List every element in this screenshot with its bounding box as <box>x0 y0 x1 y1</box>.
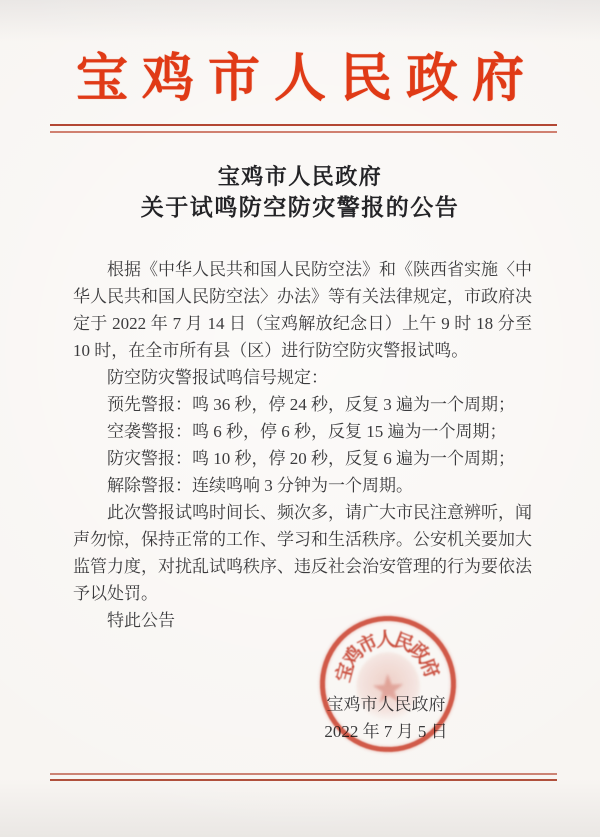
official-seal: 宝鸡市人民政府 ★ <box>317 613 460 756</box>
paragraph-legal-basis: 根据《中华人民共和国人民防空法》和《陕西省实施〈中华人民共和国人民防空法〉办法》… <box>73 256 532 364</box>
signal-line-disaster-alert: 防灾警报：鸣 10 秒，停 20 秒，反复 6 遍为一个周期； <box>73 445 532 472</box>
document-title: 宝鸡市人民政府 关于试鸣防空防灾警报的公告 <box>0 162 600 224</box>
footer-divider-line-upper <box>50 773 557 775</box>
seal-emblem-icon: ★ <box>369 665 407 714</box>
header-divider-line-upper <box>50 124 557 126</box>
paragraph-public-advisory: 此次警报试鸣时间长、频次多，请广大市民注意辨听，闻声勿惊，保持正常的工作、学习和… <box>73 499 532 607</box>
footer-divider <box>50 773 557 781</box>
header-divider-line-lower <box>50 131 557 133</box>
signal-line-preliminary-alert: 预先警报：鸣 36 秒，停 24 秒，反复 3 遍为一个周期； <box>73 391 532 418</box>
document-page: 宝鸡市人民政府 宝鸡市人民政府 关于试鸣防空防灾警报的公告 根据《中华人民共和国… <box>0 0 600 837</box>
signal-rules-intro: 防空防灾警报试鸣信号规定： <box>73 364 532 391</box>
footer-divider-line-lower <box>50 779 557 781</box>
closing-phrase: 特此公告 <box>73 607 532 634</box>
document-title-line2: 关于试鸣防空防灾警报的公告 <box>0 192 600 224</box>
signal-line-all-clear-alert: 解除警报：连续鸣响 3 分钟为一个周期。 <box>73 472 532 499</box>
signal-line-air-raid-alert: 空袭警报：鸣 6 秒，停 6 秒，反复 15 遍为一个周期； <box>73 418 532 445</box>
document-body: 根据《中华人民共和国人民防空法》和《陕西省实施〈中华人民共和国人民防空法〉办法》… <box>73 256 532 634</box>
letterhead-title: 宝鸡市人民政府 <box>0 50 600 110</box>
document-title-line1: 宝鸡市人民政府 <box>0 162 600 192</box>
header-divider <box>50 124 557 133</box>
